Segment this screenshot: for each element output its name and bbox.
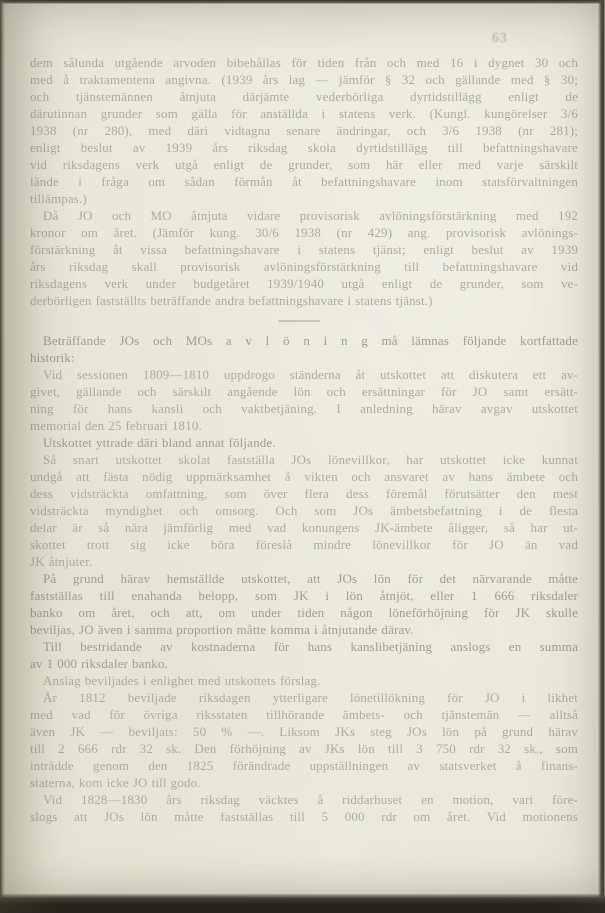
text-line: staterna, kom icke JO till godo. <box>30 774 578 791</box>
text-line: givet, gällande och särskilt angående lö… <box>30 383 578 400</box>
paragraph: Så snart utskottet skolat fastställa JOs… <box>30 451 578 570</box>
text-line: undgå att fästa nödig uppmärksamhet å vi… <box>30 468 578 485</box>
text-line: tillämpas.) <box>30 190 578 207</box>
paragraph: dem sålunda utgående arvoden bibehållas … <box>30 54 578 207</box>
text-line: Anslag beviljades i enlighet med utskott… <box>30 672 578 689</box>
text-line: Så snart utskottet skolat fastställa JOs… <box>30 451 578 468</box>
text-line: vid riksdagens verk utgå enligt de grund… <box>30 156 578 173</box>
text-line: års riksdag skall provisorisk avlöningsf… <box>30 258 578 275</box>
text-line: vidsträckta myndighet och omsorg. Och so… <box>30 502 578 519</box>
text-line: Vid 1828—1830 års riksdag väcktes å ridd… <box>30 791 578 808</box>
text-line: fastställas till enahanda belopp, som JK… <box>30 587 578 604</box>
text-line: dem sålunda utgående arvoden bibehållas … <box>30 54 578 71</box>
text-line: förstärkning åt vissa befattningshavare … <box>30 241 578 258</box>
text-line: derbörligen fastställts beträffande andr… <box>30 292 578 309</box>
text-line: JK åtnjuter. <box>30 553 578 570</box>
paragraph: Utskottet yttrade däri bland annat följa… <box>30 434 578 451</box>
paragraph: Vid sessionen 1809—1810 uppdrogo ständer… <box>30 366 578 434</box>
text-line: Vid sessionen 1809—1810 uppdrogo ständer… <box>30 366 578 383</box>
scan-edge-top <box>0 0 605 4</box>
scan-edge-left <box>0 0 5 913</box>
text-line: enligt beslut av 1939 års riksdag skola … <box>30 139 578 156</box>
paragraph: Då JO och MO åtnjuta vidare provisorisk … <box>30 207 578 309</box>
text-line: lände i fråga om sådan förmån åt befattn… <box>30 173 578 190</box>
text-line: Beträffande JOs och MOs a v l ö n i n g … <box>30 332 578 349</box>
text-line: dess vidsträckta omfattning, som över fl… <box>30 485 578 502</box>
paragraph: Till bestridande av kostnaderna för hans… <box>30 638 578 672</box>
text-line: ning för hans kansli och vaktbetjäning. … <box>30 400 578 417</box>
text-line: memorial den 25 februari 1810. <box>30 417 578 434</box>
text-line: av 1 000 riksdaler banko. <box>30 655 578 672</box>
section-divider <box>278 320 320 322</box>
document-text: dem sålunda utgående arvoden bibehållas … <box>30 54 578 825</box>
text-line: delar är så nära jämförlig med vad konun… <box>30 519 578 536</box>
text-line: historik: <box>30 349 578 366</box>
paragraph: Beträffande JOs och MOs a v l ö n i n g … <box>30 332 578 366</box>
text-line: även JK — beviljats: 50 % —. Liksom JKs … <box>30 723 578 740</box>
text-line: 1938 (nr 280), med däri vidtagna senare … <box>30 122 578 139</box>
text-line: riksdagens verk under budgetåret 1939/19… <box>30 275 578 292</box>
scan-edge-bottom <box>0 894 605 913</box>
text-line: med å traktamentena angivna. (1939 års l… <box>30 71 578 88</box>
text-line: skottet trott sig icke böra föreslå mind… <box>30 536 578 553</box>
text-line: med vad för övriga riksstaten tillhörand… <box>30 706 578 723</box>
text-line: På grund härav hemställde utskottet, att… <box>30 570 578 587</box>
page-number: 63 <box>492 30 508 46</box>
text-line: därutinnan grunder som gälla för anställ… <box>30 105 578 122</box>
text-line: Utskottet yttrade däri bland annat följa… <box>30 434 578 451</box>
paragraph: På grund härav hemställde utskottet, att… <box>30 570 578 638</box>
text-line: banko om året, och att, om under tiden n… <box>30 604 578 621</box>
paragraph: År 1812 beviljade riksdagen ytterligare … <box>30 689 578 791</box>
paragraph: Anslag beviljades i enlighet med utskott… <box>30 672 578 689</box>
text-line: och tjänstemännen åtnjuta därjämte veder… <box>30 88 578 105</box>
text-line: År 1812 beviljade riksdagen ytterligare … <box>30 689 578 706</box>
text-line: inträdde genom den 1825 förändrade uppst… <box>30 757 578 774</box>
scan-edge-right <box>598 0 605 913</box>
text-line: Till bestridande av kostnaderna för hans… <box>30 638 578 655</box>
paragraph: Vid 1828—1830 års riksdag väcktes å ridd… <box>30 791 578 825</box>
text-line: Då JO och MO åtnjuta vidare provisorisk … <box>30 207 578 224</box>
text-line: kronor om året. (Jämför kung. 30/6 1938 … <box>30 224 578 241</box>
text-line: till 2 666 rdr 32 sk. Den förhöjning av … <box>30 740 578 757</box>
text-line: slogs att JOs lön måtte fastställas till… <box>30 808 578 825</box>
text-line: beviljas, JO även i samma proportion måt… <box>30 621 578 638</box>
scanned-page: 63 dem sålunda utgående arvoden bibehåll… <box>0 0 605 913</box>
